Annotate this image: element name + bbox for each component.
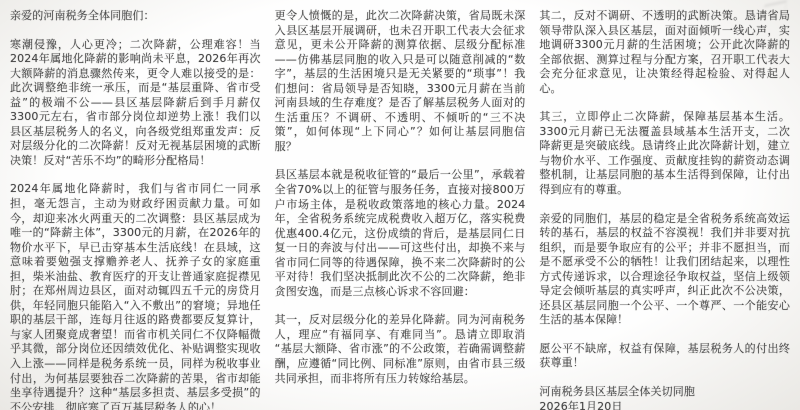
signature-line: 河南税务县区基层全体关切同胞	[539, 385, 790, 400]
letter-salutation: 亲爱的河南税务全体同胞们：	[10, 9, 261, 24]
date-line: 2026年1月20日	[539, 400, 790, 410]
paragraph-livelihood-hardship: 2024年属地化降薪时，我们与省市同仁一同承担，毫无怨言，主动为财政纾困贡献力量…	[10, 182, 261, 410]
paragraph-demand-three: 其三，立即停止二次降薪，保障基层基本生活。3300元月薪已无法覆盖县域基本生活开…	[539, 110, 790, 197]
paragraph-opening-protest: 寒潮侵豫，人心更冷；二次降薪，公理难容！当2024年属地化降薪的影响尚未平息，2…	[10, 38, 261, 169]
paragraph-closing-wish: 愿公平不缺席，权益有保障，基层税务人的付出终获尊重！	[539, 342, 790, 371]
signature-block: 河南税务县区基层全体关切同胞 2026年1月20日	[539, 385, 790, 410]
paragraph-unity-appeal: 亲爱的同胞们，基层的稳定是全省税务系统高效运转的基石，基层的权益不容漠视！我们并…	[539, 212, 790, 328]
paragraph-demand-one: 其一，反对层级分化的差异化降薪。同为河南税务人，理应“有福同享、有难同当”。恳请…	[275, 313, 526, 386]
letter-column-1: 亲爱的河南税务全体同胞们： 寒潮侵豫，人心更冷；二次降薪，公理难容！当2024年…	[10, 9, 261, 404]
letter-column-3: 其二，反对不调研、不透明的武断决策。恳请省局领导带队深入县区基层，面对面倾听一线…	[539, 9, 790, 404]
paragraph-grassroots-contribution: 县区基层本就是税收征管的“最后一公里”，承载着全省70%以上的征管与服务任务，直…	[275, 168, 526, 299]
paragraph-decision-process-criticism: 更令人愤慨的是，此次二次降薪决策，省局既未深入县区基层开展调研，也未召开职工代表…	[275, 9, 526, 154]
paragraph-demand-two: 其二，反对不调研、不透明的武断决策。恳请省局领导带队深入县区基层，面对面倾听一线…	[539, 9, 790, 96]
open-letter-document: 亲爱的河南税务全体同胞们： 寒潮侵豫，人心更冷；二次降薪，公理难容！当2024年…	[0, 0, 800, 410]
letter-column-2: 更令人愤慨的是，此次二次降薪决策，省局既未深入县区基层开展调研，也未召开职工代表…	[275, 9, 526, 404]
